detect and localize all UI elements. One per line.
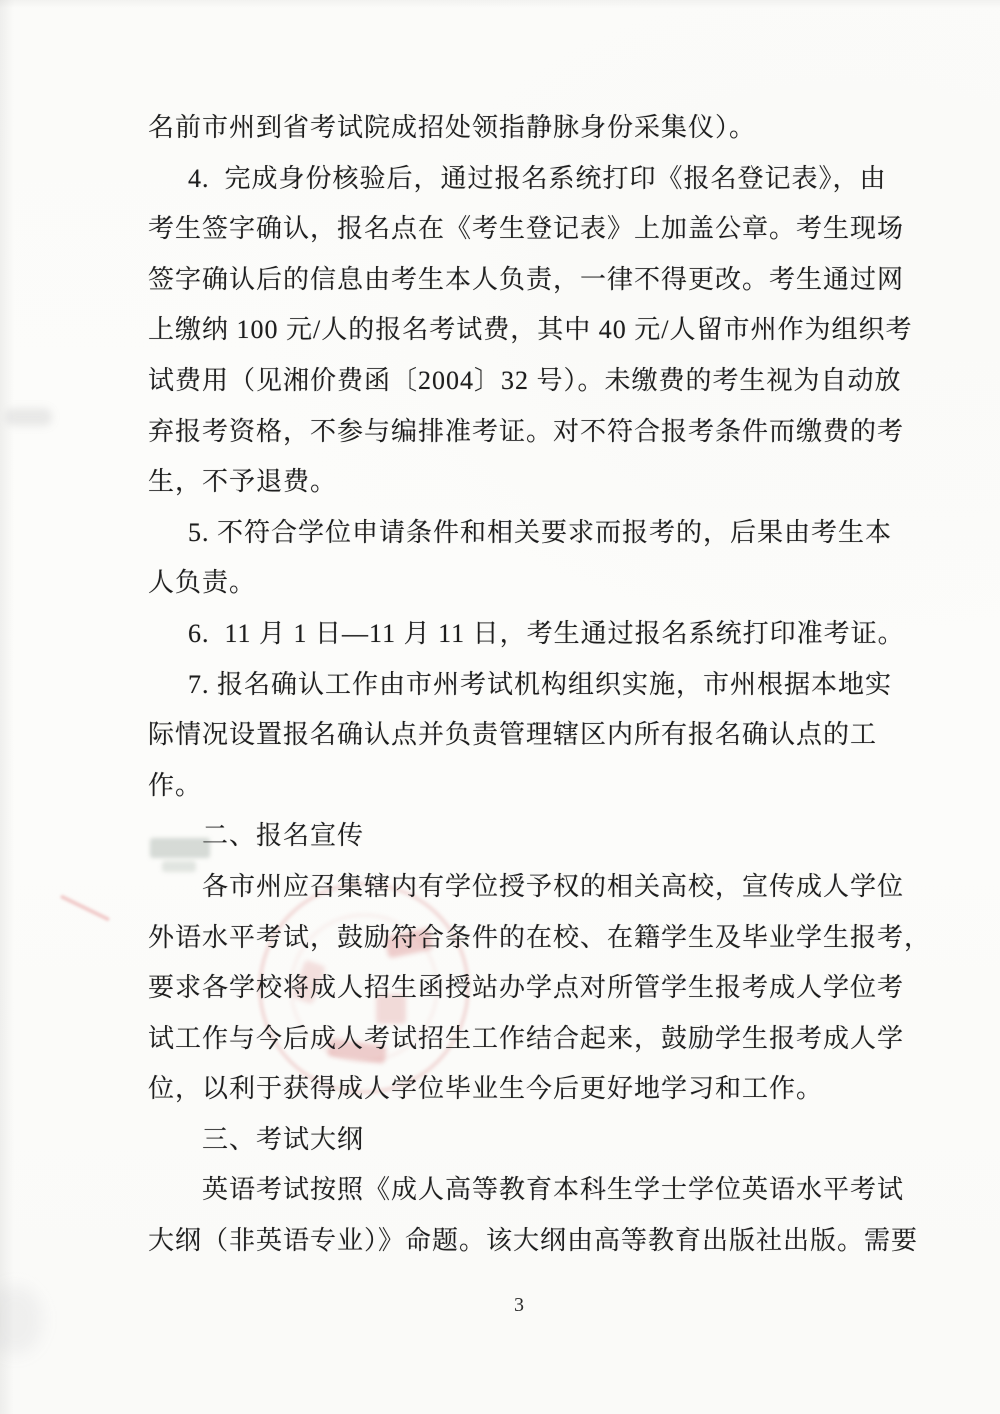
text-line: 名前市州到省考试院成招处领指静脉身份采集仪）。 (148, 103, 893, 154)
text-line-item-6: 6. 11 月 1 日—11 月 11 日，考生通过报名系统打印准考证。 (148, 609, 893, 660)
text-line: 弃报考资格，不参与编排准考证。对不符合报考条件而缴费的考 (148, 407, 893, 458)
text-line: 生，不予退费。 (148, 457, 893, 508)
scan-smudge (6, 408, 52, 426)
text-line: 际情况设置报名确认点并负责管理辖区内所有报名确认点的工 (148, 710, 893, 761)
text-line: 试费用（见湘价费函〔2004〕32 号）。未缴费的考生视为自动放 (148, 356, 893, 407)
text-line-item-5: 5. 不符合学位申请条件和相关要求而报考的，后果由考生本 (148, 508, 893, 559)
text-line: 要求各学校将成人招生函授站办学点对所管学生报考成人学位考 (148, 963, 893, 1014)
text-line-item-7: 7. 报名确认工作由市州考试机构组织实施，市州根据本地实 (148, 660, 893, 711)
text-line: 作。 (148, 761, 893, 812)
section-heading-registration-promotion: 二、报名宣传 (148, 811, 893, 862)
document-body: 名前市州到省考试院成招处领指静脉身份采集仪）。 4. 完成身份核验后，通过报名系… (148, 103, 893, 1267)
scan-edge-shadow-top (0, 0, 1000, 8)
text-line: 考生签字确认，报名点在《考生登记表》上加盖公章。考生现场 (148, 204, 893, 255)
text-line: 外语水平考试，鼓励符合条件的在校、在籍学生及毕业学生报考， (148, 913, 893, 964)
text-line: 试工作与今后成人考试招生工作结合起来，鼓励学生报考成人学 (148, 1014, 893, 1065)
ink-bleedthrough (60, 894, 110, 921)
text-line: 英语考试按照《成人高等教育本科生学士学位英语水平考试 (148, 1165, 893, 1216)
text-line: 各市州应召集辖内有学位授予权的相关高校，宣传成人学位 (148, 862, 893, 913)
section-heading-exam-syllabus: 三、考试大纲 (148, 1115, 893, 1166)
text-line: 上缴纳 100 元/人的报名考试费，其中 40 元/人留市州作为组织考 (148, 305, 893, 356)
text-line: 位，以利于获得成人学位毕业生今后更好地学习和工作。 (148, 1064, 893, 1115)
scan-edge-shadow-left (0, 0, 14, 1414)
text-line: 签字确认后的信息由考生本人负责，一律不得更改。考生通过网 (148, 255, 893, 306)
text-line: 大纲（非英语专业）》命题。该大纲由高等教育出版社出版。需要 (148, 1216, 893, 1267)
page-number: 3 (0, 1292, 1000, 1318)
scanned-document-page: 名前市州到省考试院成招处领指静脉身份采集仪）。 4. 完成身份核验后，通过报名系… (0, 0, 1000, 1414)
text-line: 人负责。 (148, 558, 893, 609)
text-line-item-4: 4. 完成身份核验后，通过报名系统打印《报名登记表》，由 (148, 154, 893, 205)
